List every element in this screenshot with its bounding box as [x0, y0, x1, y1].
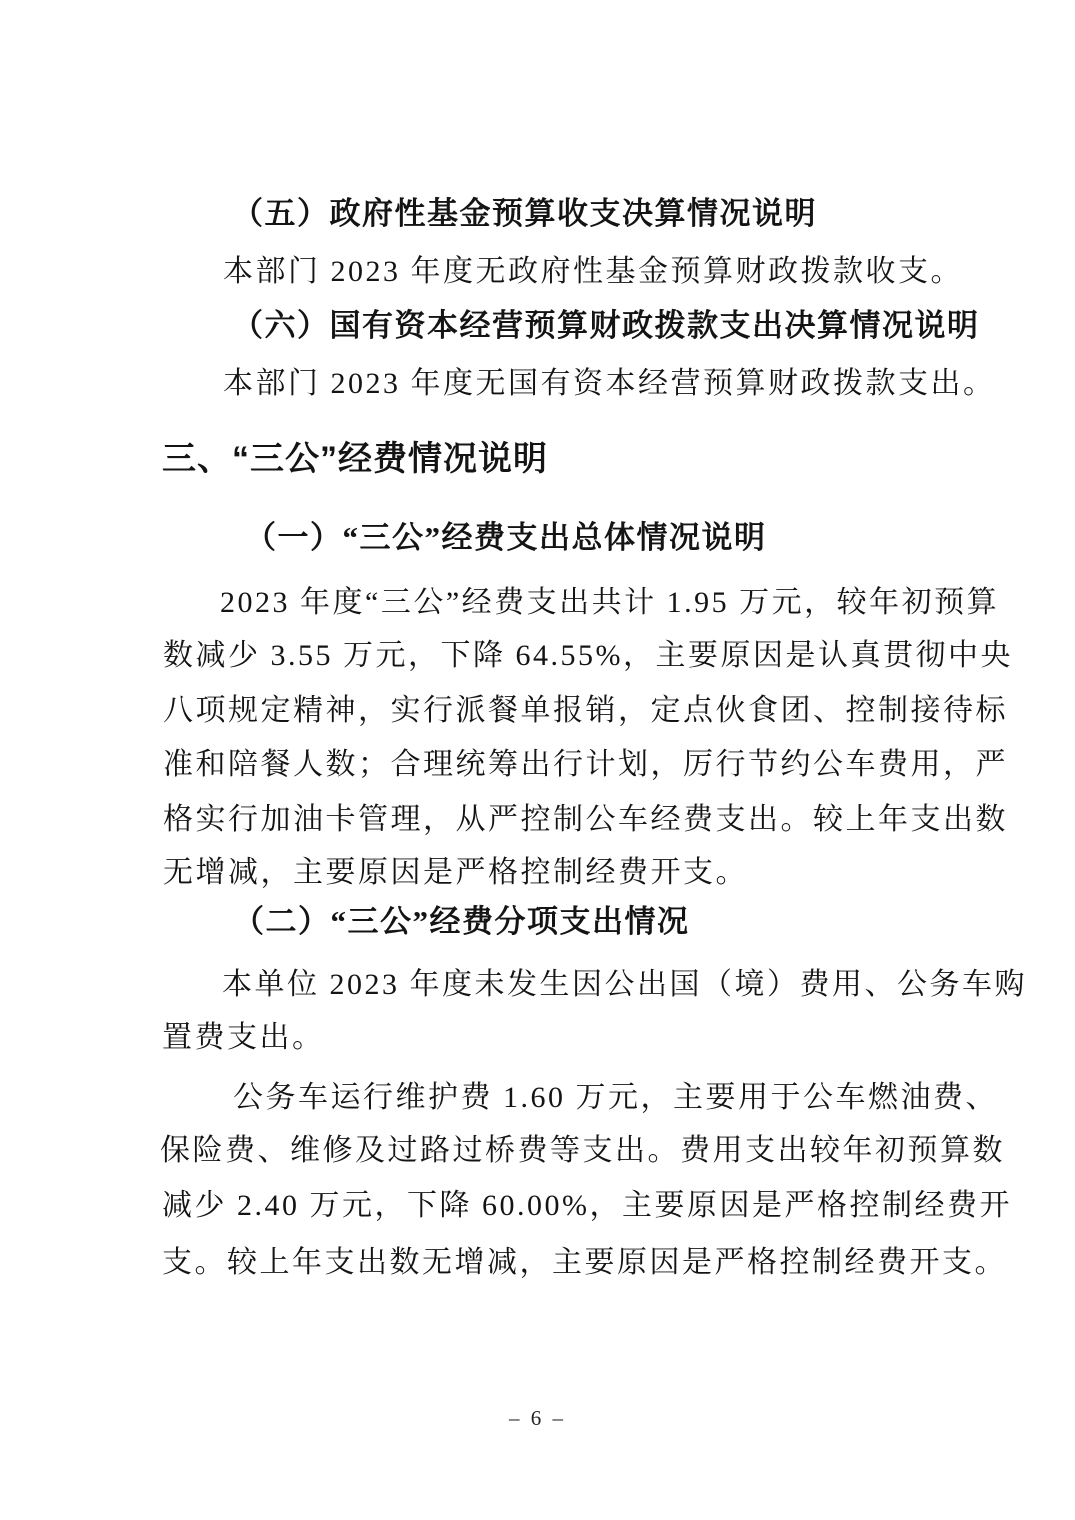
para-vehicle-line-3: 减少 2.40 万元，下降 60.00%，主要原因是严格控制经费开: [162, 1191, 1012, 1221]
para-overall-line-3: 八项规定精神，实行派餐单报销，定点伙食团、控制接待标: [163, 696, 1008, 726]
para-overall-line-5: 格实行加油卡管理，从严控制公车经费支出。较上年支出数: [163, 805, 1008, 835]
para-itemized-line-1: 本单位 2023 年度未发生因公出国（境）费用、公务车购: [222, 970, 1027, 1000]
para-overall-line-6: 无增减，主要原因是严格控制经费开支。: [163, 858, 748, 888]
para-vehicle-line-4: 支。较上年支出数无增减，主要原因是严格控制经费开支。: [162, 1248, 1007, 1278]
para-vehicle-line-1: 公务车运行维护费 1.60 万元，主要用于公车燃油费、: [233, 1083, 998, 1113]
document-page: （五）政府性基金预算收支决算情况说明 本部门 2023 年度无政府性基金预算财政…: [0, 0, 1075, 1520]
para-overall-line-2: 数减少 3.55 万元，下降 64.55%，主要原因是认真贯彻中央: [163, 641, 1013, 671]
heading-item6-state-capital: （六）国有资本经营预算财政拨款支出决算情况说明: [232, 310, 980, 341]
para-vehicle-line-2: 保险费、维修及过路过桥费等支出。费用支出较年初预算数: [160, 1136, 1005, 1166]
para-itemized-line-2: 置费支出。: [162, 1023, 325, 1053]
para-item6-no-state-capital: 本部门 2023 年度无国有资本经营预算财政拨款支出。: [223, 369, 996, 399]
heading-3-1-overall-expenditure: （一）“三公”经费支出总体情况说明: [245, 522, 767, 553]
para-overall-line-4: 准和陪餐人数；合理统筹出行计划，厉行节约公车费用，严: [163, 750, 1008, 780]
page-number: – 6 –: [0, 1406, 1075, 1431]
heading-item5-gov-fund-budget: （五）政府性基金预算收支决算情况说明: [232, 198, 817, 229]
para-item5-no-gov-fund: 本部门 2023 年度无政府性基金预算财政拨款收支。: [223, 257, 963, 287]
para-overall-line-1: 2023 年度“三公”经费支出共计 1.95 万元，较年初预算: [220, 588, 999, 618]
heading-section3-three-public-funds: 三、“三公”经费情况说明: [162, 442, 548, 476]
heading-3-2-itemized-expenditure: （二）“三公”经费分项支出情况: [233, 906, 690, 937]
